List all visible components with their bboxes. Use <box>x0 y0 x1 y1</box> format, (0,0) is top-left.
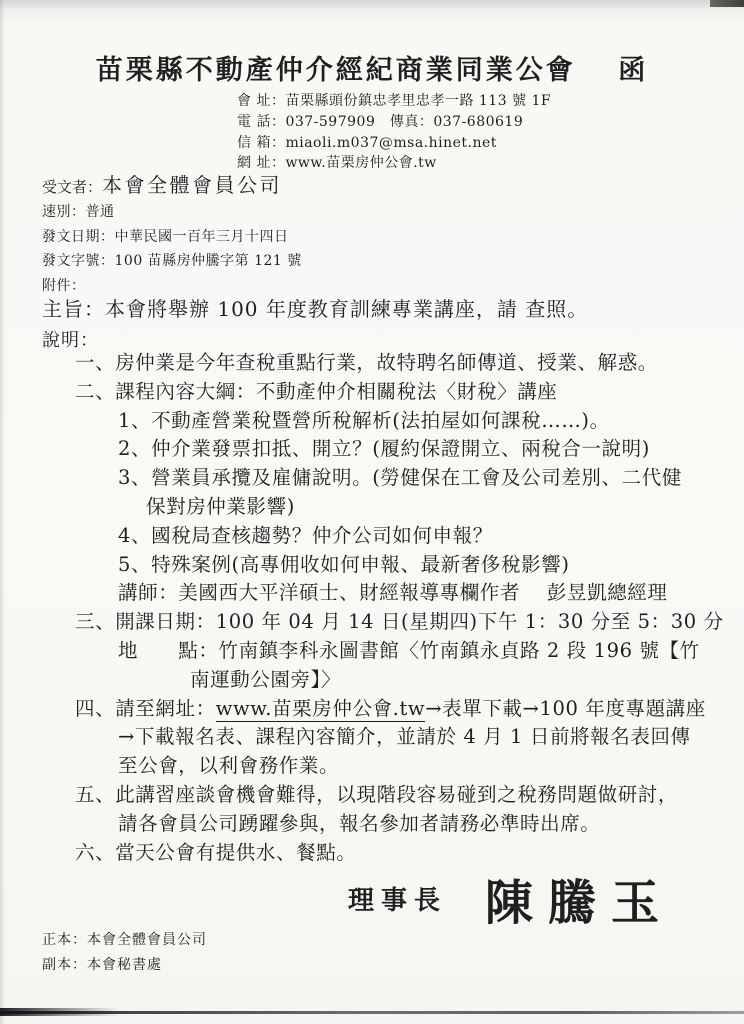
chairman-name: 陳騰玉 <box>485 864 674 933</box>
contact-address-line: 會 址：苗栗縣頭份鎮忠孝里忠孝一路 113 號 1F <box>237 91 551 112</box>
speed-line: 速別：普通 <box>42 200 302 225</box>
doc-number-line: 發文字號：100 苗縣房仲騰字第 121 號 <box>42 249 302 274</box>
chairman-title: 理事長 <box>348 880 447 917</box>
scanned-letter-page: 苗栗縣不動產仲介經紀商業同業公會 函 會 址：苗栗縣頭份鎮忠孝里忠孝一路 113… <box>0 0 744 1024</box>
document-meta-block: 速別：普通 發文日期：中華民國一百年三月十四日 發文字號：100 苗縣房仲騰字第… <box>42 200 302 298</box>
explanation-item-1: 一、房仲業是今年查稅重點行業，故特聘名師傳道、授業、解惑。 <box>0 349 744 378</box>
recipient-row: 受文者：本會全體會員公司 <box>42 169 282 198</box>
association-contact-block: 會 址：苗栗縣頭份鎮忠孝里忠孝一路 113 號 1F 電 話：037-59790… <box>237 91 551 174</box>
scan-artifact-corner <box>710 0 744 7</box>
recipient-value: 本會全體會員公司 <box>102 173 282 197</box>
website-url-text: www.苗栗房仲公會.tw <box>216 697 425 722</box>
item-4-prefix: 四、請至網址： <box>75 697 216 720</box>
issue-date-line: 發文日期：中華民國一百年三月十四日 <box>42 225 302 250</box>
item-3-location-cont: 南運動公園旁】〉 <box>0 666 744 695</box>
explanation-item-4: 四、請至網址：www.苗栗房仲公會.tw→表單下載→100 年度專題講座 <box>0 695 744 724</box>
course-topic-4: 4、國稅局查核趨勢？仲介公司如何申報？ <box>0 522 744 551</box>
contact-phone-fax-line: 電 話：037-597909 傳真：037-680619 <box>237 112 551 133</box>
item-4-suffix: →表單下載→100 年度專題講座 <box>425 697 706 720</box>
carbon-copy-line: 副本：本會秘書處 <box>42 953 207 978</box>
course-topic-2: 2、仲介業發票扣抵、開立？(履約保證開立、兩稅合一說明) <box>0 435 744 464</box>
course-topic-5: 5、特殊案例(高專佣收如何申報、最新奢侈稅影響) <box>0 551 744 580</box>
explanation-item-3-date: 三、開課日期：100 年 04 月 14 日(星期四)下午 1：30 分至 5：… <box>0 608 744 637</box>
course-topic-3: 3、營業員承攬及雇傭說明。(勞健保在工會及公司差別、二代健 <box>0 464 744 493</box>
distribution-block: 正本：本會全體會員公司 副本：本會秘書處 <box>42 928 207 979</box>
item-4-cont-1: →下載報名表、課程內容簡介，並請於 4 月 1 日前將報名表回傳 <box>0 723 744 752</box>
contact-website-line: 網 址：www.苗栗房仲公會.tw <box>237 153 551 174</box>
original-copy-line: 正本：本會全體會員公司 <box>42 928 207 953</box>
explanation-item-2: 二、課程內容大綱：不動產仲介相關稅法〈財稅〉講座 <box>0 378 744 407</box>
item-5-cont: 請各會員公司踴躍參與，報名參加者請務必準時出席。 <box>0 810 744 839</box>
item-3-location: 地 點：竹南鎮李科永圖書館〈竹南鎮永貞路 2 段 196 號【竹 <box>0 637 744 666</box>
explanation-body: 一、房仲業是今年查稅重點行業，故特聘名師傳道、授業、解惑。 二、課程內容大綱：不… <box>0 349 744 867</box>
recipient-label: 受文者： <box>42 178 102 196</box>
lecturer-line: 講師：美國西大平洋碩士、財經報導專欄作者 彭昱凱總經理 <box>0 579 744 608</box>
course-topic-1: 1、不動產營業稅暨營所稅解析(法拍屋如何課稅……)。 <box>0 407 744 436</box>
course-topic-3-cont: 保對房仲業影響) <box>0 493 744 522</box>
subject-line: 主旨：本會將舉辦 100 年度教育訓練專業講座，請 查照。 <box>42 293 588 322</box>
item-4-cont-2: 至公會，以利會務作業。 <box>0 752 744 781</box>
signature-block: 理事長 陳騰玉 <box>0 864 744 933</box>
explanation-item-5: 五、此講習座談會機會難得，以現階段容易碰到之稅務問題做研討， <box>0 781 744 810</box>
document-title: 苗栗縣不動產仲介經紀商業同業公會 函 <box>0 48 744 87</box>
scan-edge-bottom-left <box>0 1008 120 1016</box>
contact-email-line: 信 箱：miaoli.m037@msa.hinet.net <box>237 133 551 154</box>
